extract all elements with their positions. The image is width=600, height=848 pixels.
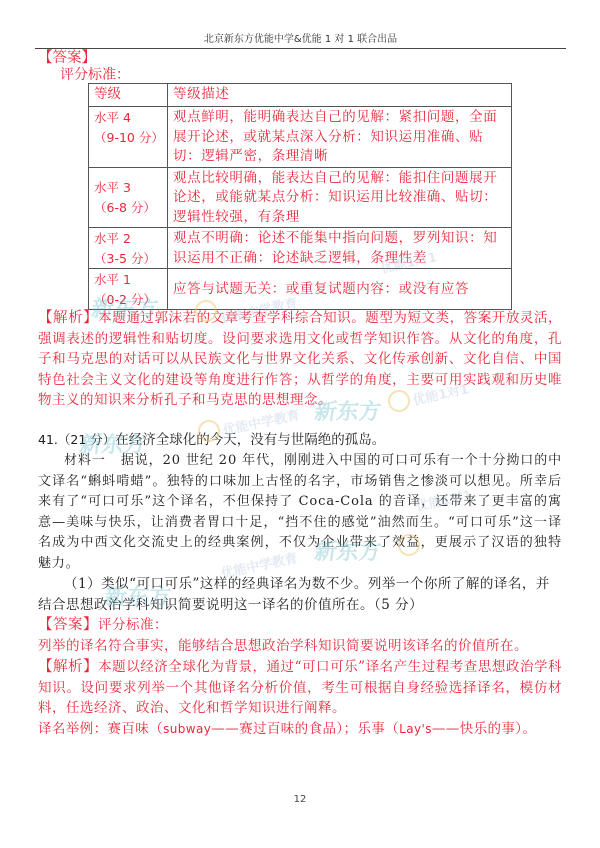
question-number: 41. (38, 432, 58, 447)
material-one: 材料一 据说，20 世纪 20 年代，刚刚进入中国的可口可乐有一个十分拗口的中文… (38, 451, 562, 574)
answer-2-text: 列举的译名符合事实，能够结合思想政治学科知识简要说明该译名的价值所在。 (38, 636, 562, 657)
analysis-label: 【解析】 (38, 659, 98, 675)
example-cn: 乐事 (357, 721, 385, 737)
page-number: 12 (0, 794, 600, 805)
analysis-paragraph-2: 【解析】本题以经济全球化为背景，通过“可口可乐”译名产生过程考查思想政治学科知识… (38, 657, 562, 719)
analysis-text: 本题以经济全球化为背景，通过“可口可乐”译名产生过程考查思想政治学科知识。设问要… (38, 659, 562, 716)
full-stop: 。 (522, 721, 536, 737)
level-range: （0-2 分） (94, 290, 162, 310)
rubric-description-cell: 观点不明确：论述不能集中指向问题，罗列知识：知识运用不正确：论述缺乏逻辑，条理性… (168, 228, 512, 269)
rubric-description-cell: 观点比较明确，能表达自己的见解：能扣住问题展开论述，或能就某点分析：知识运用比较… (168, 167, 512, 228)
example-en: subway (163, 722, 211, 736)
level-name: 水平 2 (94, 229, 162, 249)
rubric-level-cell: 水平 4 （9-10 分） (89, 107, 168, 168)
table-row: 水平 3 （6-8 分） 观点比较明确，能表达自己的见解：能扣住问题展开论述，或… (89, 167, 512, 228)
example-meaning: 快乐的事 (460, 721, 516, 737)
level-range: （9-10 分） (94, 128, 162, 148)
paren-open: （ (149, 721, 163, 737)
example-cn: 赛百味 (108, 721, 150, 737)
translation-examples: 译名举例：赛百味（subway——赛过百味的食品）；乐事（Lay's——快乐的事… (38, 719, 562, 740)
table-row: 水平 4 （9-10 分） 观点鲜明，能明确表达自己的见解：紧扣问题，全面展开论… (89, 107, 512, 168)
material-label: 材料一 (64, 453, 106, 468)
rubric-level-cell: 水平 2 （3-5 分） (89, 228, 168, 269)
item-separator: ； (344, 721, 358, 737)
paren-close: ） (336, 721, 343, 737)
rubric-description-cell: 应答与试题无关：或重复试题内容：或没有应答 (168, 269, 512, 310)
level-range: （6-8 分） (94, 198, 162, 218)
sub-question-1: （1）类似“可口可乐”这样的经典译名为数不少。列举一个你所了解的译名，并结合思想… (38, 574, 562, 615)
paren-open: （ (385, 721, 399, 737)
material-text: 据说，20 世纪 20 年代，刚刚进入中国的可口可乐有一个十分拗口的中文译名“蝌… (38, 453, 562, 571)
rubric-col-description: 等级描述 (168, 84, 512, 107)
analysis-text: 本题通过郭沫若的文章考查学科综合知识。题型为短文类，答案开放灵活，强调表述的逻辑… (38, 310, 562, 408)
level-range: （3-5 分） (94, 249, 162, 269)
table-row: 水平 1 （0-2 分） 应答与试题无关：或重复试题内容：或没有应答 (89, 269, 512, 310)
scoring-standard-title: 评分标准： (60, 64, 130, 84)
analysis-label: 【解析】 (38, 310, 98, 326)
example-en: Lay's (399, 722, 432, 736)
rubric-table: 等级 等级描述 水平 4 （9-10 分） 观点鲜明，能明确表达自己的见解：紧扣… (88, 83, 512, 310)
dash: —— (211, 721, 239, 737)
dash: —— (432, 721, 460, 737)
question-prompt: 在经济全球化的今天，没有与世隔绝的孤岛。 (115, 432, 385, 448)
question-points: （21 分） (58, 432, 115, 447)
analysis-paragraph-1: 【解析】本题通过郭沫若的文章考查学科综合知识。题型为短文类，答案开放灵活，强调表… (38, 308, 562, 411)
answer-2-scoring-title: 评分标准： (98, 617, 168, 633)
sub-question-text: （1）类似“可口可乐”这样的经典译名为数不少。列举一个你所了解的译名，并结合思想… (38, 576, 550, 613)
level-name: 水平 1 (94, 270, 162, 290)
rubric-col-level: 等级 (89, 84, 168, 107)
rubric-header-row: 等级 等级描述 (89, 84, 512, 107)
rubric-level-cell: 水平 3 （6-8 分） (89, 167, 168, 228)
page-header: 北京新东方优能中学&优能 1 对 1 联合出品 (35, 30, 566, 49)
level-name: 水平 3 (94, 178, 162, 198)
table-row: 水平 2 （3-5 分） 观点不明确：论述不能集中指向问题，罗列知识：知识运用不… (89, 228, 512, 269)
examples-label: 译名举例： (38, 721, 108, 737)
rubric-level-cell: 水平 1 （0-2 分） (89, 269, 168, 310)
example-meaning: 赛过百味的食品 (239, 721, 336, 737)
rubric-description-cell: 观点鲜明，能明确表达自己的见解：紧扣问题，全面展开论述，或就某点深入分析：知识运… (168, 107, 512, 168)
level-name: 水平 4 (94, 108, 162, 128)
answer-2: 【答案】评分标准： 列举的译名符合事实，能够结合思想政治学科知识简要说明该译名的… (38, 615, 562, 656)
question-41-title: 41.（21 分）在经济全球化的今天，没有与世隔绝的孤岛。 (38, 430, 385, 451)
answer-2-label: 【答案】 (38, 617, 98, 633)
